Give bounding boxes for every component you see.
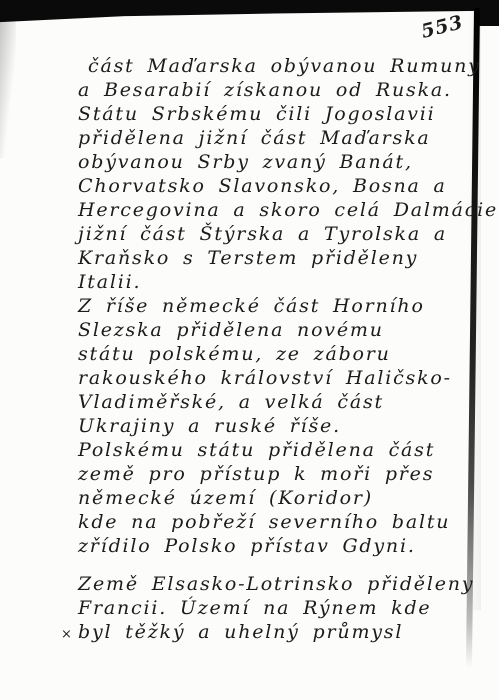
handwritten-line-text: Z říše německé část Horního (78, 295, 425, 317)
scanned-manuscript-page: 553 část Maďarska obývanou Rumunya Besar… (0, 0, 499, 700)
handwritten-line-text: státu polskému, ze záboru (78, 343, 391, 365)
handwritten-line-text: jižní část Štýrska a Tyrolska a (78, 223, 447, 245)
page-number: 553 (419, 11, 466, 43)
handwritten-line: Italii. (78, 270, 476, 294)
handwritten-line: Země Elsasko-Lotrinsko přiděleny (78, 572, 476, 596)
handwritten-line-text: Chorvatsko Slavonsko, Bosna a (78, 175, 447, 197)
handwritten-line-text: Slezska přidělena novému (78, 319, 384, 341)
handwritten-line: a Besarabií získanou od Ruska. (78, 78, 476, 102)
handwritten-line: jižní část Štýrska a Tyrolska a (78, 222, 476, 246)
handwritten-line: Slezska přidělena novému (78, 318, 476, 342)
handwritten-line: ×byl těžký a uhelný průmysl (78, 620, 476, 644)
handwritten-line-text: Vladiměřské, a velká část (78, 391, 384, 413)
handwritten-line-text: Italii. (78, 271, 141, 293)
handwritten-line-text: země pro přístup k moři přes (78, 463, 434, 485)
handwritten-text-block: část Maďarska obývanou Rumunya Besarabií… (78, 54, 476, 644)
handwritten-line: část Maďarska obývanou Rumuny (78, 54, 476, 78)
margin-x-mark: × (61, 623, 72, 647)
handwritten-line-text: kde na pobřeží severního baltu (78, 511, 450, 533)
handwritten-line: Kraňsko s Terstem přiděleny (78, 246, 476, 270)
handwritten-line: Vladiměřské, a velká část (78, 390, 476, 414)
scan-shadow-left (0, 18, 16, 158)
handwritten-line: kde na pobřeží severního baltu (78, 510, 476, 534)
handwritten-line: Státu Srbskému čili Jogoslavii (78, 102, 476, 126)
handwritten-line: státu polskému, ze záboru (78, 342, 476, 366)
handwritten-line-text: Francii. Území na Rýnem kde (78, 597, 431, 619)
handwritten-line: Chorvatsko Slavonsko, Bosna a (78, 174, 476, 198)
handwritten-line: obývanou Srby zvaný Banát, (78, 150, 476, 174)
handwritten-line-text: byl těžký a uhelný průmysl (78, 621, 403, 643)
handwritten-line-text: zřídilo Polsko přístav Gdyni. (78, 535, 416, 557)
handwritten-line: země pro přístup k moři přes (78, 462, 476, 486)
handwritten-line-text: část Maďarska obývanou Rumuny (88, 55, 481, 77)
handwritten-line-text: a Besarabií získanou od Ruska. (78, 79, 452, 101)
handwritten-line-text: Kraňsko s Terstem přiděleny (78, 247, 418, 269)
handwritten-line: německé území (Koridor) (78, 486, 476, 510)
handwritten-line: přidělena jižní část Maďarska (78, 126, 476, 150)
handwritten-line-text: Státu Srbskému čili Jogoslavii (78, 103, 436, 125)
handwritten-line: Ukrajiny a ruské říše. (78, 414, 476, 438)
handwritten-line-text: Polskému státu přidělena část (78, 439, 435, 461)
handwritten-line: Z říše německé část Horního (78, 294, 476, 318)
handwritten-line: Hercegovina a skoro celá Dalmácie. (78, 198, 476, 222)
handwritten-line: Francii. Území na Rýnem kde (78, 596, 476, 620)
handwritten-line-text: Země Elsasko-Lotrinsko přiděleny (78, 573, 474, 595)
handwritten-line-text: přidělena jižní část Maďarska (78, 127, 431, 149)
handwritten-line: Polskému státu přidělena část (78, 438, 476, 462)
handwritten-line: zřídilo Polsko přístav Gdyni. (78, 534, 476, 558)
handwritten-line-text: Ukrajiny a ruské říše. (78, 415, 341, 437)
handwritten-line-text: Hercegovina a skoro celá Dalmácie. (78, 199, 499, 221)
handwritten-line-text: rakouského království Haličsko- (78, 367, 452, 389)
handwritten-line: rakouského království Haličsko- (78, 366, 476, 390)
handwritten-line-text: obývanou Srby zvaný Banát, (78, 151, 413, 173)
handwritten-line-text: německé území (Koridor) (78, 487, 373, 509)
